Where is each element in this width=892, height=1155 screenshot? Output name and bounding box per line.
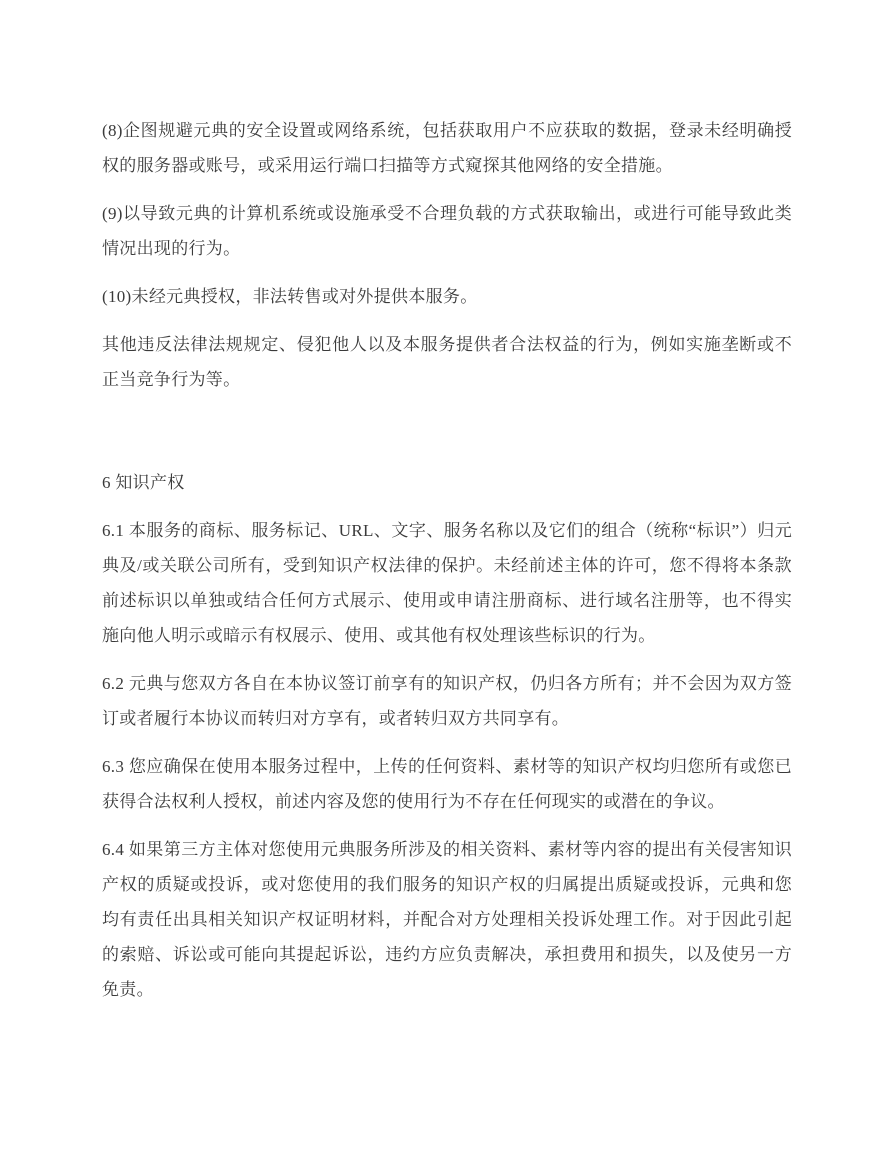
paragraph-item-9: (9)以导致元典的计算机系统或设施承受不合理负载的方式获取输出，或进行可能导致此…: [102, 196, 792, 266]
paragraph-other-violations: 其他违反法律法规规定、侵犯他人以及本服务提供者合法权益的行为，例如实施垄断或不正…: [102, 327, 792, 397]
paragraph-clause-6-2: 6.2 元典与您双方各自在本协议签订前享有的知识产权，仍归各方所有；并不会因为双…: [102, 666, 792, 736]
section-heading-intellectual-property: 6 知识产权: [102, 465, 792, 500]
paragraph-clause-6-1: 6.1 本服务的商标、服务标记、URL、文字、服务名称以及它们的组合（统称“标识…: [102, 513, 792, 653]
paragraph-item-10: (10)未经元典授权，非法转售或对外提供本服务。: [102, 279, 792, 314]
paragraph-item-8: (8)企图规避元典的安全设置或网络系统，包括获取用户不应获取的数据，登录未经明确…: [102, 113, 792, 183]
paragraph-clause-6-3: 6.3 您应确保在使用本服务过程中，上传的任何资料、素材等的知识产权均归您所有或…: [102, 749, 792, 819]
document-page: (8)企图规避元典的安全设置或网络系统，包括获取用户不应获取的数据，登录未经明确…: [0, 0, 892, 1155]
paragraph-clause-6-4: 6.4 如果第三方主体对您使用元典服务所涉及的相关资料、素材等内容的提出有关侵害…: [102, 832, 792, 1007]
